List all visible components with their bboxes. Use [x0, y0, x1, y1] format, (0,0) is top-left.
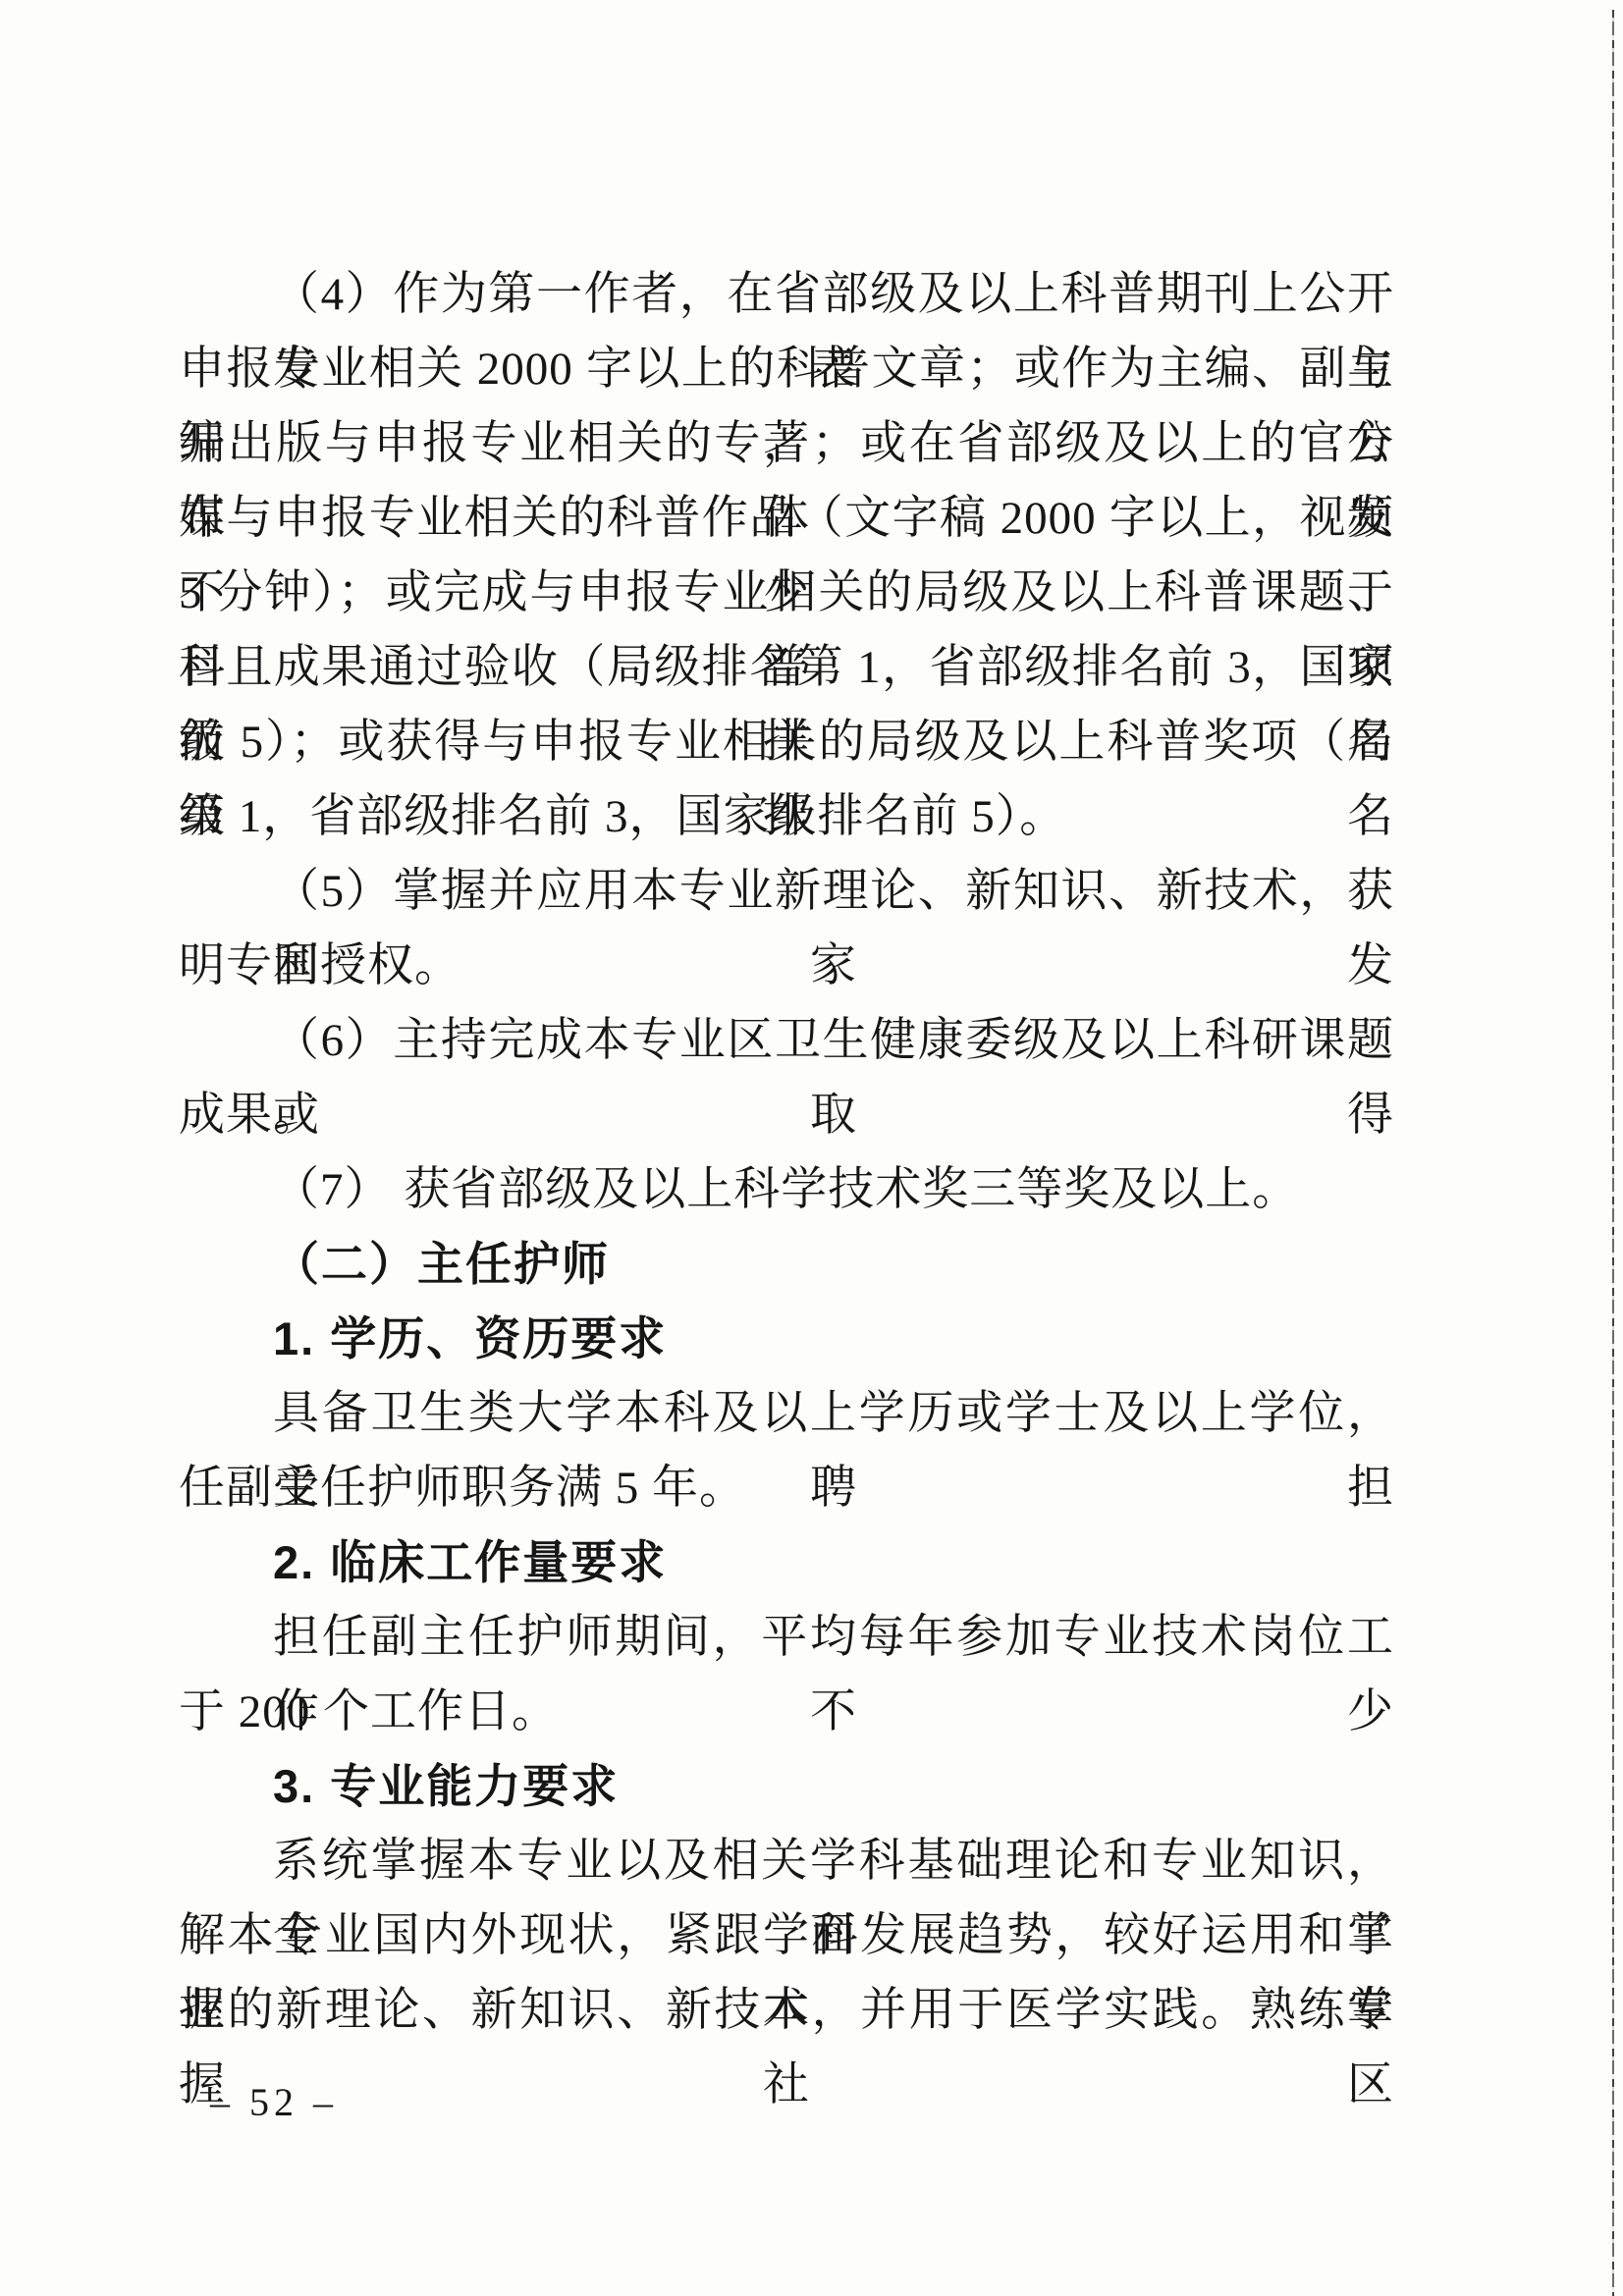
document-page: （4）作为第一作者，在省部级及以上科普期刊上公开发表与 申报专业相关 2000 …: [0, 0, 1623, 2296]
text-line: 布与申报专业相关的科普作品（文字稿 2000 字以上，视频不少于: [179, 481, 1394, 556]
text-line: 申报专业相关 2000 字以上的科普文章；或作为主编、副主编，公: [179, 332, 1394, 406]
page-number: – 52 –: [210, 2065, 338, 2140]
subsection-heading-education-requirements: 1. 学历、资历要求: [179, 1302, 1394, 1376]
text-line: 目且成果通过验收（局级排名第 1，省部级排名前 3，国家级排名: [179, 630, 1394, 705]
text-line: （6）主持完成本专业区卫生健康委级及以上科研课题或取得: [179, 1003, 1394, 1078]
text-line: 具备卫生类大学本科及以上学历或学士及以上学位，受聘担: [179, 1376, 1394, 1451]
text-line: 前 5）；或获得与申报专业相关的局级及以上科普奖项（局级排名: [179, 705, 1394, 779]
subsection-heading-clinical-workload-requirements: 2. 临床工作量要求: [179, 1525, 1394, 1600]
subsection-heading-professional-ability-requirements: 3. 专业能力要求: [179, 1749, 1394, 1824]
text-line: 系统掌握本专业以及相关学科基础理论和专业知识，全面了: [179, 1824, 1394, 1898]
text-line: （7） 获省部级及以上科学技术奖三等奖及以上。: [179, 1152, 1394, 1227]
section-heading-chief-nurse: （二）主任护师: [179, 1227, 1394, 1302]
text-line: （4）作为第一作者，在省部级及以上科普期刊上公开发表与: [179, 257, 1394, 332]
text-line: 解本专业国内外现状，紧跟学科发展趋势，较好运用和掌握本专: [179, 1898, 1394, 1973]
text-line: （5）掌握并应用本专业新理论、新知识、新技术，获国家发: [179, 854, 1394, 929]
text-line: 担任副主任护师期间，平均每年参加专业技术岗位工作不少: [179, 1600, 1394, 1675]
text-line: 开出版与申报专业相关的专著；或在省部级及以上的官方媒体发: [179, 406, 1394, 481]
scan-edge-artifact-line: [1612, 10, 1614, 2296]
text-line: 5 分钟）；或完成与申报专业相关的局级及以上科普课题、科普项: [179, 556, 1394, 630]
text-line: 业的新理论、新知识、新技术，并用于医学实践。熟练掌握社区: [179, 1973, 1394, 2048]
document-text-block: （4）作为第一作者，在省部级及以上科普期刊上公开发表与 申报专业相关 2000 …: [179, 257, 1394, 2048]
